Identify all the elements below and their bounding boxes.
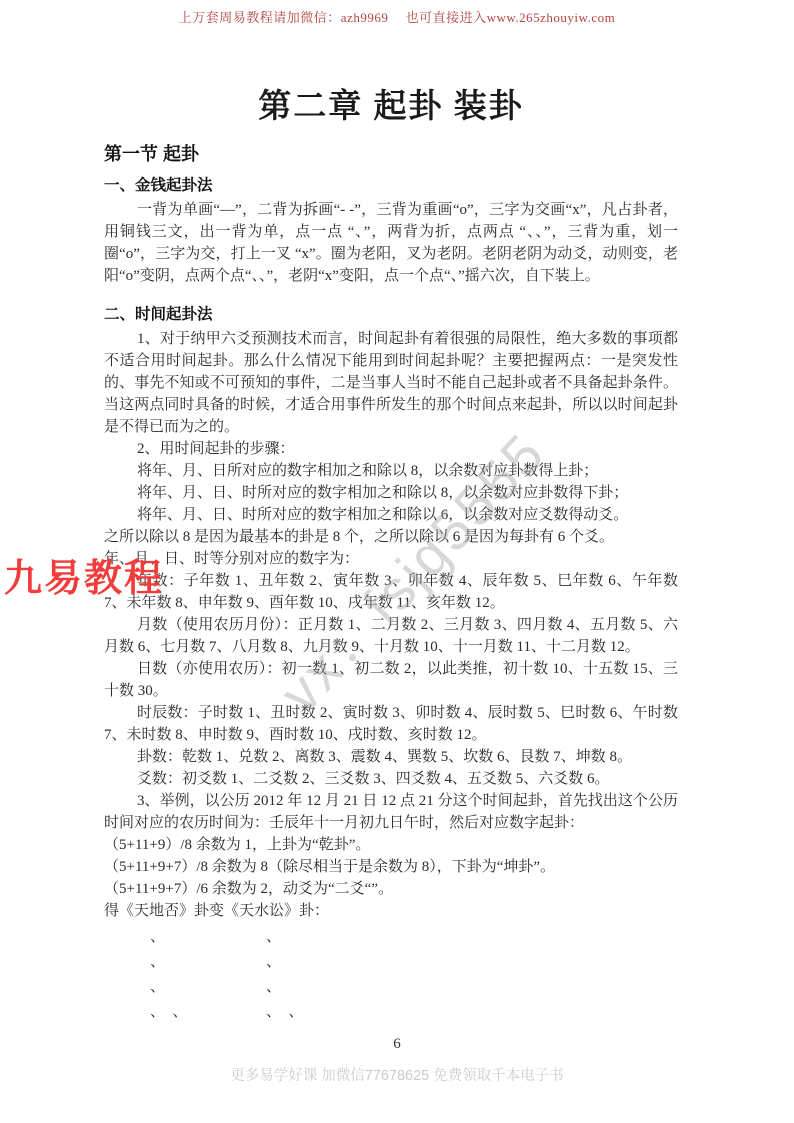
paragraph-coin-method: 一背为单画“—”，二背为拆画“- -”，三背为重画“o”，三字为交画“x”，凡占… <box>104 199 678 287</box>
paragraph-time-intro: 1、对于纳甲六爻预测技术而言，时间起卦有着很强的局限性，绝大多数的事项都不适合用… <box>104 328 678 438</box>
paragraph-day-numbers: 日数（亦使用农历）：初一数 1、初二数 2，以此类推，初十数 10、十五数 15… <box>104 658 678 702</box>
hexagram-row: 、 、 <box>104 925 678 950</box>
result-line: 得《天地否》卦变《天水讼》卦： <box>104 900 678 922</box>
hexagram-mark-right: 、 <box>266 925 281 950</box>
header-promo-line: 上万套周易教程请加微信：azh9969 也可直接进入www.265zhouyiw… <box>0 7 794 26</box>
yao-numbers-line: 爻数：初爻数 1、二爻数 2、三爻数 3、四爻数 4、五爻数 5、六爻数 6。 <box>104 768 678 790</box>
section-heading: 第一节 起卦 <box>104 142 678 167</box>
paragraph-year-numbers: 年数：子年数 1、丑年数 2、寅年数 3、卯年数 4、辰年数 5、巳年数 6、午… <box>104 570 678 614</box>
hexagram-mark-right: 、 <box>266 975 281 1000</box>
red-brand-watermark: 九易教程 <box>4 547 164 602</box>
step-2-line: 将年、月、日、时所对应的数字相加之和除以 8，以余数对应卦数得下卦； <box>104 482 678 504</box>
calc-line-3: （5+11+9+7）/6 余数为 2，动爻为“二爻“”。 <box>104 878 678 900</box>
subsection-coin-method-heading: 一、金钱起卦法 <box>104 174 678 197</box>
page-number: 6 <box>0 1036 794 1053</box>
subsection-time-method-heading: 二、时间起卦法 <box>104 303 678 326</box>
document-page: 上万套周易教程请加微信：azh9969 也可直接进入www.265zhouyiw… <box>0 0 794 1123</box>
hexagram-mark-left: 、 、 <box>150 1000 266 1025</box>
calc-line-1: （5+11+9）/8 余数为 1，上卦为“乾卦”。 <box>104 834 678 856</box>
paragraph-month-numbers: 月数（使用农历月份）：正月数 1、二月数 2、三月数 3、四月数 4、五月数 5… <box>104 614 678 658</box>
chapter-title: 第二章 起卦 装卦 <box>104 84 678 130</box>
steps-title-line: 2、用时间起卦的步骤： <box>104 438 678 460</box>
hexagram-row: 、 、 <box>104 975 678 1000</box>
paragraph-example-intro: 3、举例，以公历 2012 年 12 月 21 日 12 点 21 分这个时间起… <box>104 790 678 834</box>
step-1-line: 将年、月、日所对应的数字相加之和除以 8，以余数对应卦数得上卦； <box>104 460 678 482</box>
trigram-numbers-line: 卦数：乾数 1、兑数 2、离数 3、震数 4、巽数 5、坎数 6、艮数 7、坤数… <box>104 746 678 768</box>
paragraph-hour-numbers: 时辰数：子时数 1、丑时数 2、寅时数 3、卯时数 4、辰时数 5、巳时数 6、… <box>104 702 678 746</box>
hexagram-mark-left: 、 <box>150 950 266 975</box>
footer-promo-line: 更多易学好课 加微信77678625 免费领取千本电子书 <box>0 1064 794 1085</box>
steps-note-line-2: 年、月、日、时等分别对应的数字为： <box>104 548 678 570</box>
hexagram-diagram: 、 、 、 、 、 、 、 、 、 、 <box>104 925 678 1025</box>
hexagram-mark-left: 、 <box>150 975 266 1000</box>
hexagram-mark-right: 、 <box>266 950 281 975</box>
calc-line-2: （5+11+9+7）/8 余数为 8（除尽相当于是余数为 8），下卦为“坤卦”。 <box>104 856 678 878</box>
document-body: 第二章 起卦 装卦 第一节 起卦 一、金钱起卦法 一背为单画“—”，二背为拆画“… <box>104 84 678 1025</box>
hexagram-mark-left: 、 <box>150 925 266 950</box>
step-3-line: 将年、月、日、时所对应的数字相加之和除以 6，以余数对应爻数得动爻。 <box>104 504 678 526</box>
hexagram-row: 、 、 、 、 <box>104 1000 678 1025</box>
steps-note-line-1: 之所以除以 8 是因为最基本的卦是 8 个，之所以除以 6 是因为每卦有 6 个… <box>104 526 678 548</box>
hexagram-mark-right: 、 、 <box>266 1000 304 1025</box>
hexagram-row: 、 、 <box>104 950 678 975</box>
